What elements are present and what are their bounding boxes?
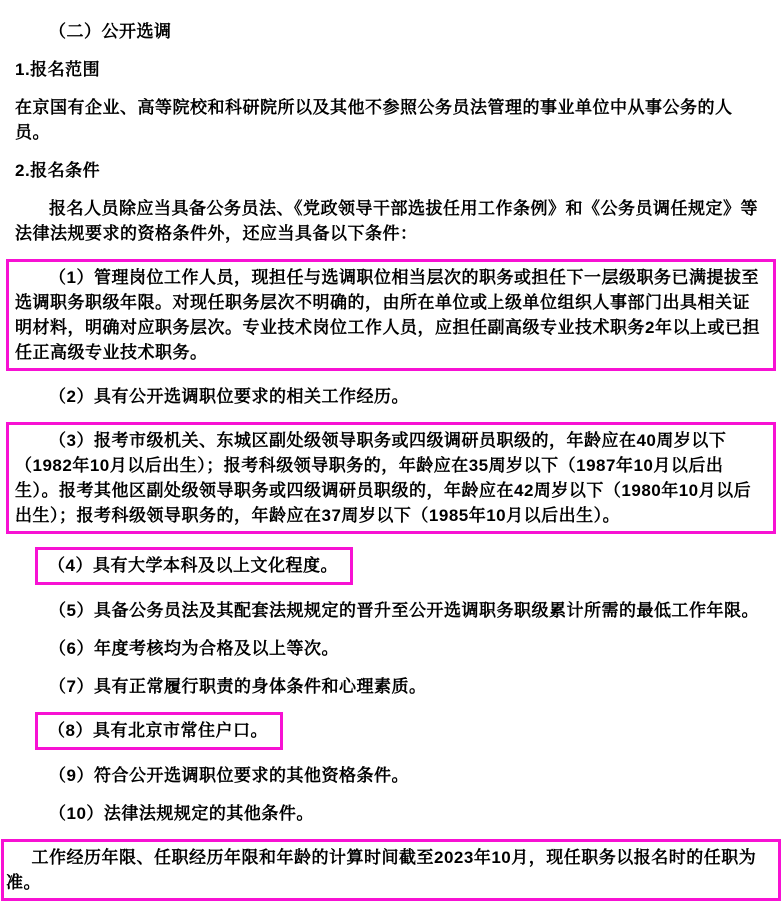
- condition-item-10: （10）法律法规规定的其他条件。: [15, 801, 767, 826]
- document-page: （二）公开选调 1.报名范围 在京国有企业、高等院校和科研院所以及其他不参照公务…: [0, 0, 782, 907]
- highlight-box-condition-4: （4）具有大学本科及以上文化程度。: [35, 547, 353, 585]
- highlight-box-condition-1: （1）管理岗位工作人员，现担任与选调职位相当层次的职务或担任下一层级职务已满提拔…: [6, 259, 776, 371]
- condition-item-4: （4）具有大学本科及以上文化程度。: [15, 547, 767, 585]
- scope-heading: 1.报名范围: [15, 57, 767, 82]
- highlight-box-condition-3: （3）报考市级机关、东城区副处级领导职务或四级调研员职级的，年龄应在40周岁以下…: [6, 422, 776, 534]
- footnote-text: 工作经历年限、任职经历年限和年龄的计算时间截至2023年10月，现任职务以报名时…: [6, 845, 776, 895]
- condition-item-3: （3）报考市级机关、东城区副处级领导职务或四级调研员职级的，年龄应在40周岁以下…: [15, 428, 767, 528]
- condition-item-5: （5）具备公务员法及其配套法规规定的晋升至公开选调职务职级累计所需的最低工作年限…: [15, 598, 767, 623]
- condition-item-1: （1）管理岗位工作人员，现担任与选调职位相当层次的职务或担任下一层级职务已满提拔…: [15, 265, 767, 365]
- condition-item-2: （2）具有公开选调职位要求的相关工作经历。: [15, 384, 767, 409]
- conditions-intro: 报名人员除应当具备公务员法、《党政领导干部选拔任用工作条例》和《公务员调任规定》…: [15, 196, 767, 246]
- conditions-heading: 2.报名条件: [15, 158, 767, 183]
- condition-item-6: （6）年度考核均为合格及以上等次。: [15, 636, 767, 661]
- condition-item-7: （7）具有正常履行职责的身体条件和心理素质。: [15, 674, 767, 699]
- highlight-box-footnote: 工作经历年限、任职经历年限和年龄的计算时间截至2023年10月，现任职务以报名时…: [1, 839, 781, 901]
- section-heading: （二）公开选调: [15, 19, 767, 44]
- condition-item-9: （9）符合公开选调职位要求的其他资格条件。: [15, 763, 767, 788]
- highlight-box-condition-8: （8）具有北京市常住户口。: [35, 712, 283, 750]
- scope-text: 在京国有企业、高等院校和科研院所以及其他不参照公务员法管理的事业单位中从事公务的…: [15, 95, 767, 145]
- condition-item-8: （8）具有北京市常住户口。: [15, 712, 767, 750]
